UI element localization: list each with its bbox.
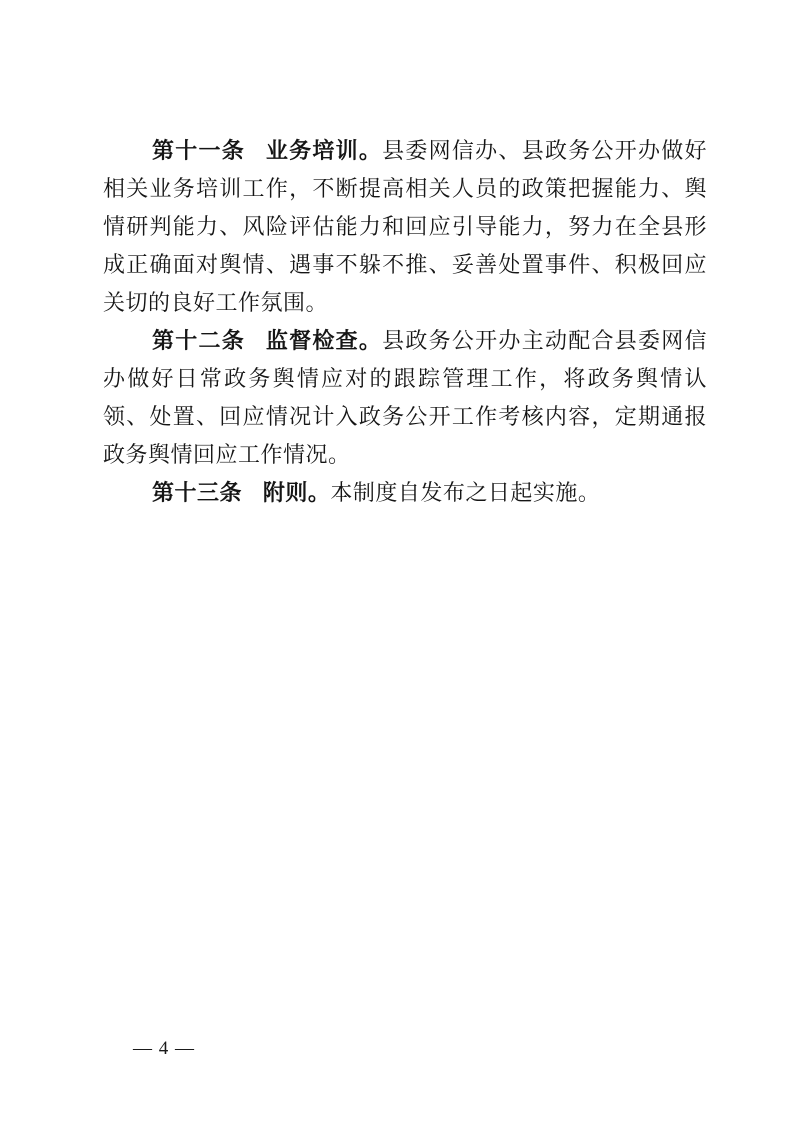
page-number: — 4 — <box>133 1038 195 1060</box>
article-13-title: 附则。 <box>263 480 331 505</box>
article-12-number: 第十二条 <box>152 328 245 353</box>
article-12: 第十二条监督检查。县政务公开办主动配合县委网信办做好日常政务舆情应对的跟踪管理工… <box>103 322 707 474</box>
article-13-number: 第十三条 <box>152 480 242 505</box>
document-body: 第十一条业务培训。县委网信办、县政务公开办做好相关业务培训工作，不断提高相关人员… <box>103 132 707 512</box>
article-11-number: 第十一条 <box>152 138 245 163</box>
article-13-text: 本制度自发布之日起实施。 <box>330 480 600 505</box>
document-page: 第十一条业务培训。县委网信办、县政务公开办做好相关业务培训工作，不断提高相关人员… <box>0 0 793 1122</box>
article-11-text: 县委网信办、县政务公开办做好相关业务培训工作，不断提高相关人员的政策把握能力、舆… <box>103 138 707 315</box>
article-13: 第十三条附则。本制度自发布之日起实施。 <box>103 474 707 512</box>
article-11-title: 业务培训。 <box>266 138 382 163</box>
article-12-title: 监督检查。 <box>266 328 382 353</box>
article-11: 第十一条业务培训。县委网信办、县政务公开办做好相关业务培训工作，不断提高相关人员… <box>103 132 707 322</box>
